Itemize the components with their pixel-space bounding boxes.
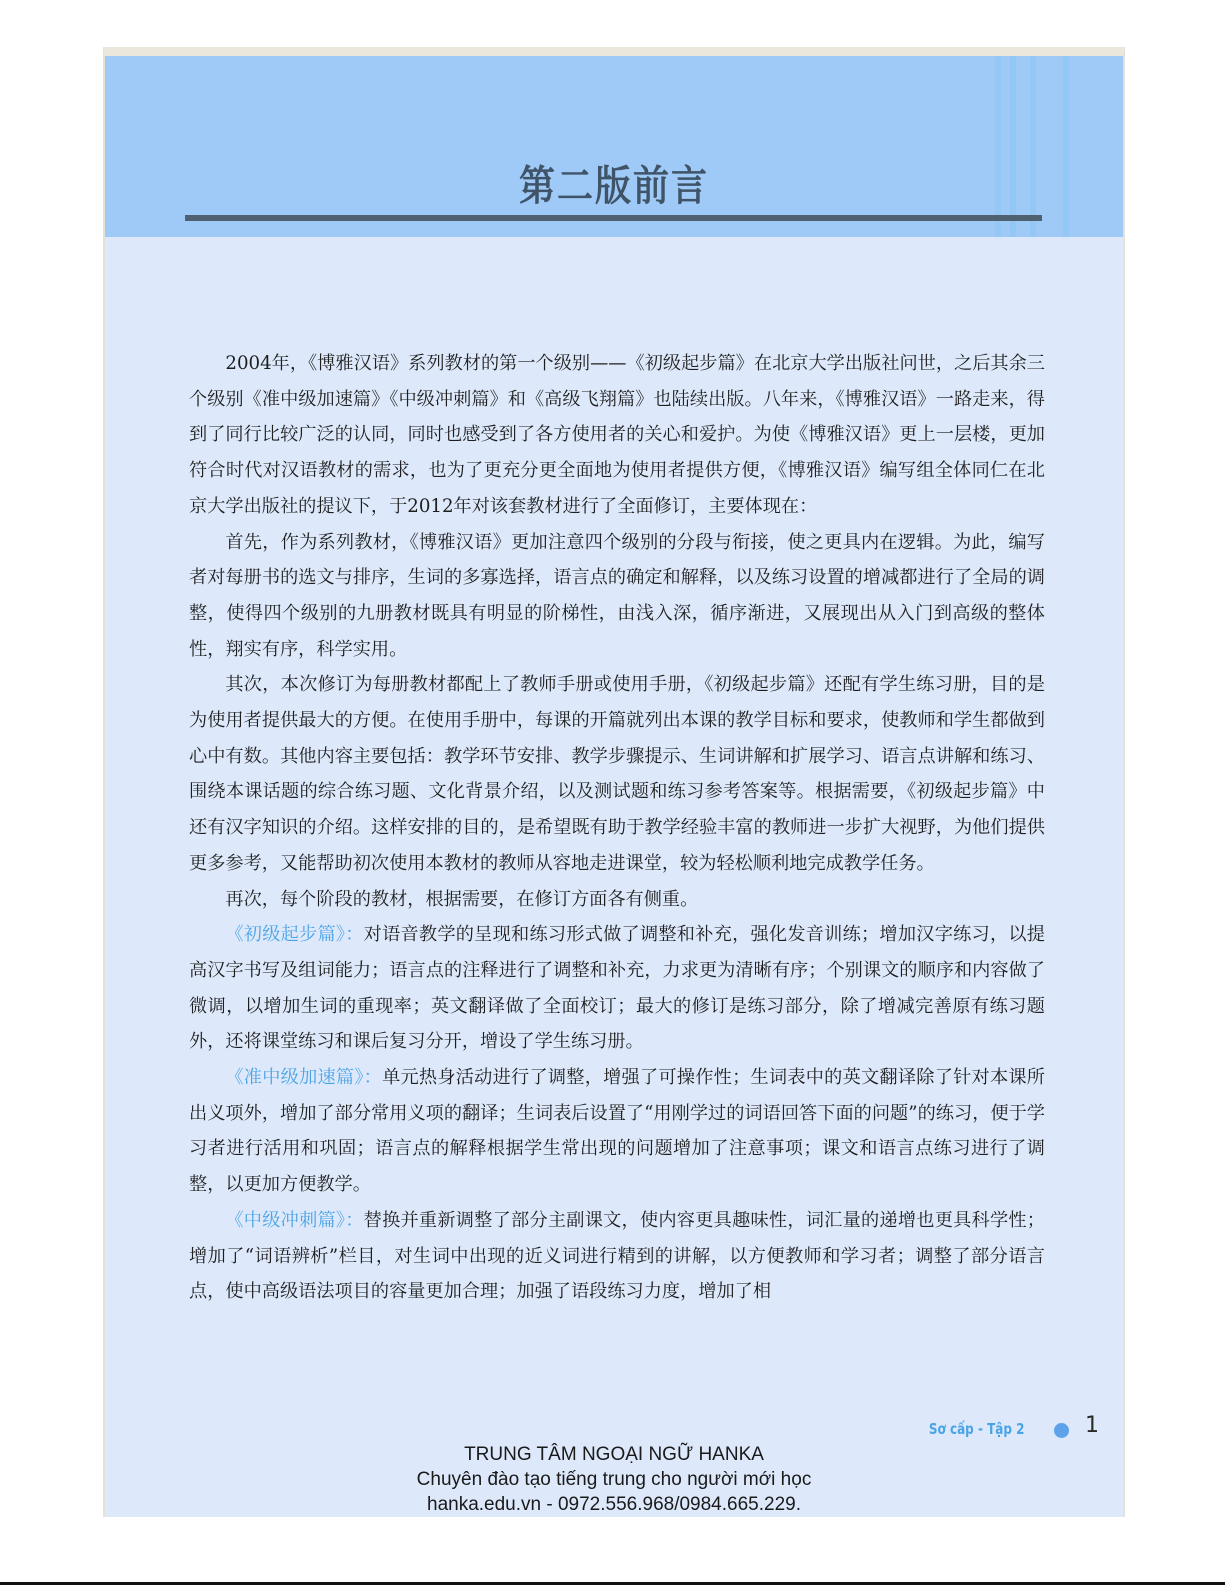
paragraph-text: 再次，每个阶段的教材，根据需要，在修订方面各有侧重。 [225, 889, 698, 910]
series-label: Sơ cấp - Tập 2 [929, 1420, 1025, 1438]
book-title-highlight: 《中级冲刺篇》： [225, 1210, 363, 1231]
watermark-line-1: TRUNG TÂM NGOẠI NGỮ HANKA [105, 1442, 1123, 1467]
paragraph-text: 其次，本次修订为每册教材都配上了教师手册或使用手册，《初级起步篇》还配有学生练习… [189, 674, 1045, 874]
page-title: 第二版前言 [105, 154, 1123, 213]
page-number: 1 [1085, 1413, 1099, 1438]
paragraph: 《初级起步篇》：对语音教学的呈现和练习形式做了调整和补充，强化发音训练；增加汉字… [189, 917, 1045, 1060]
circle-bullet-icon [1054, 1423, 1069, 1438]
watermark-line-3: hanka.edu.vn - 0972.556.968/0984.665.229… [105, 1492, 1123, 1517]
title-divider [185, 215, 1042, 221]
paragraph: 再次，每个阶段的教材，根据需要，在修订方面各有侧重。 [189, 882, 1045, 918]
book-title-highlight: 《准中级加速篇》： [225, 1067, 382, 1088]
watermark-line-2: Chuyên đào tạo tiếng trung cho người mới… [105, 1467, 1123, 1492]
paragraph-text: 2004年，《博雅汉语》系列教材的第一个级别——《初级起步篇》在北京大学出版社问… [189, 353, 1045, 517]
header-band: 第二版前言 [105, 56, 1123, 237]
preface-body: 2004年，《博雅汉语》系列教材的第一个级别——《初级起步篇》在北京大学出版社问… [189, 346, 1045, 1310]
paragraph-text: 首先，作为系列教材，《博雅汉语》更加注意四个级别的分段与衔接，使之更具内在逻辑。… [189, 532, 1045, 660]
paragraph: 2004年，《博雅汉语》系列教材的第一个级别——《初级起步篇》在北京大学出版社问… [189, 346, 1045, 525]
book-title-highlight: 《初级起步篇》： [225, 924, 363, 945]
paragraph: 《中级冲刺篇》：替换并重新调整了部分主副课文，使内容更具趣味性，词汇量的递增也更… [189, 1203, 1045, 1310]
paragraph: 首先，作为系列教材，《博雅汉语》更加注意四个级别的分段与衔接，使之更具内在逻辑。… [189, 525, 1045, 668]
watermark: TRUNG TÂM NGOẠI NGỮ HANKA Chuyên đào tạo… [105, 1442, 1123, 1517]
paragraph: 《准中级加速篇》：单元热身活动进行了调整，增强了可操作性；生词表中的英文翻译除了… [189, 1060, 1045, 1203]
paragraph: 其次，本次修订为每册教材都配上了教师手册或使用手册，《初级起步篇》还配有学生练习… [189, 667, 1045, 881]
document-page: 第二版前言 2004年，《博雅汉语》系列教材的第一个级别——《初级起步篇》在北京… [103, 47, 1125, 1517]
